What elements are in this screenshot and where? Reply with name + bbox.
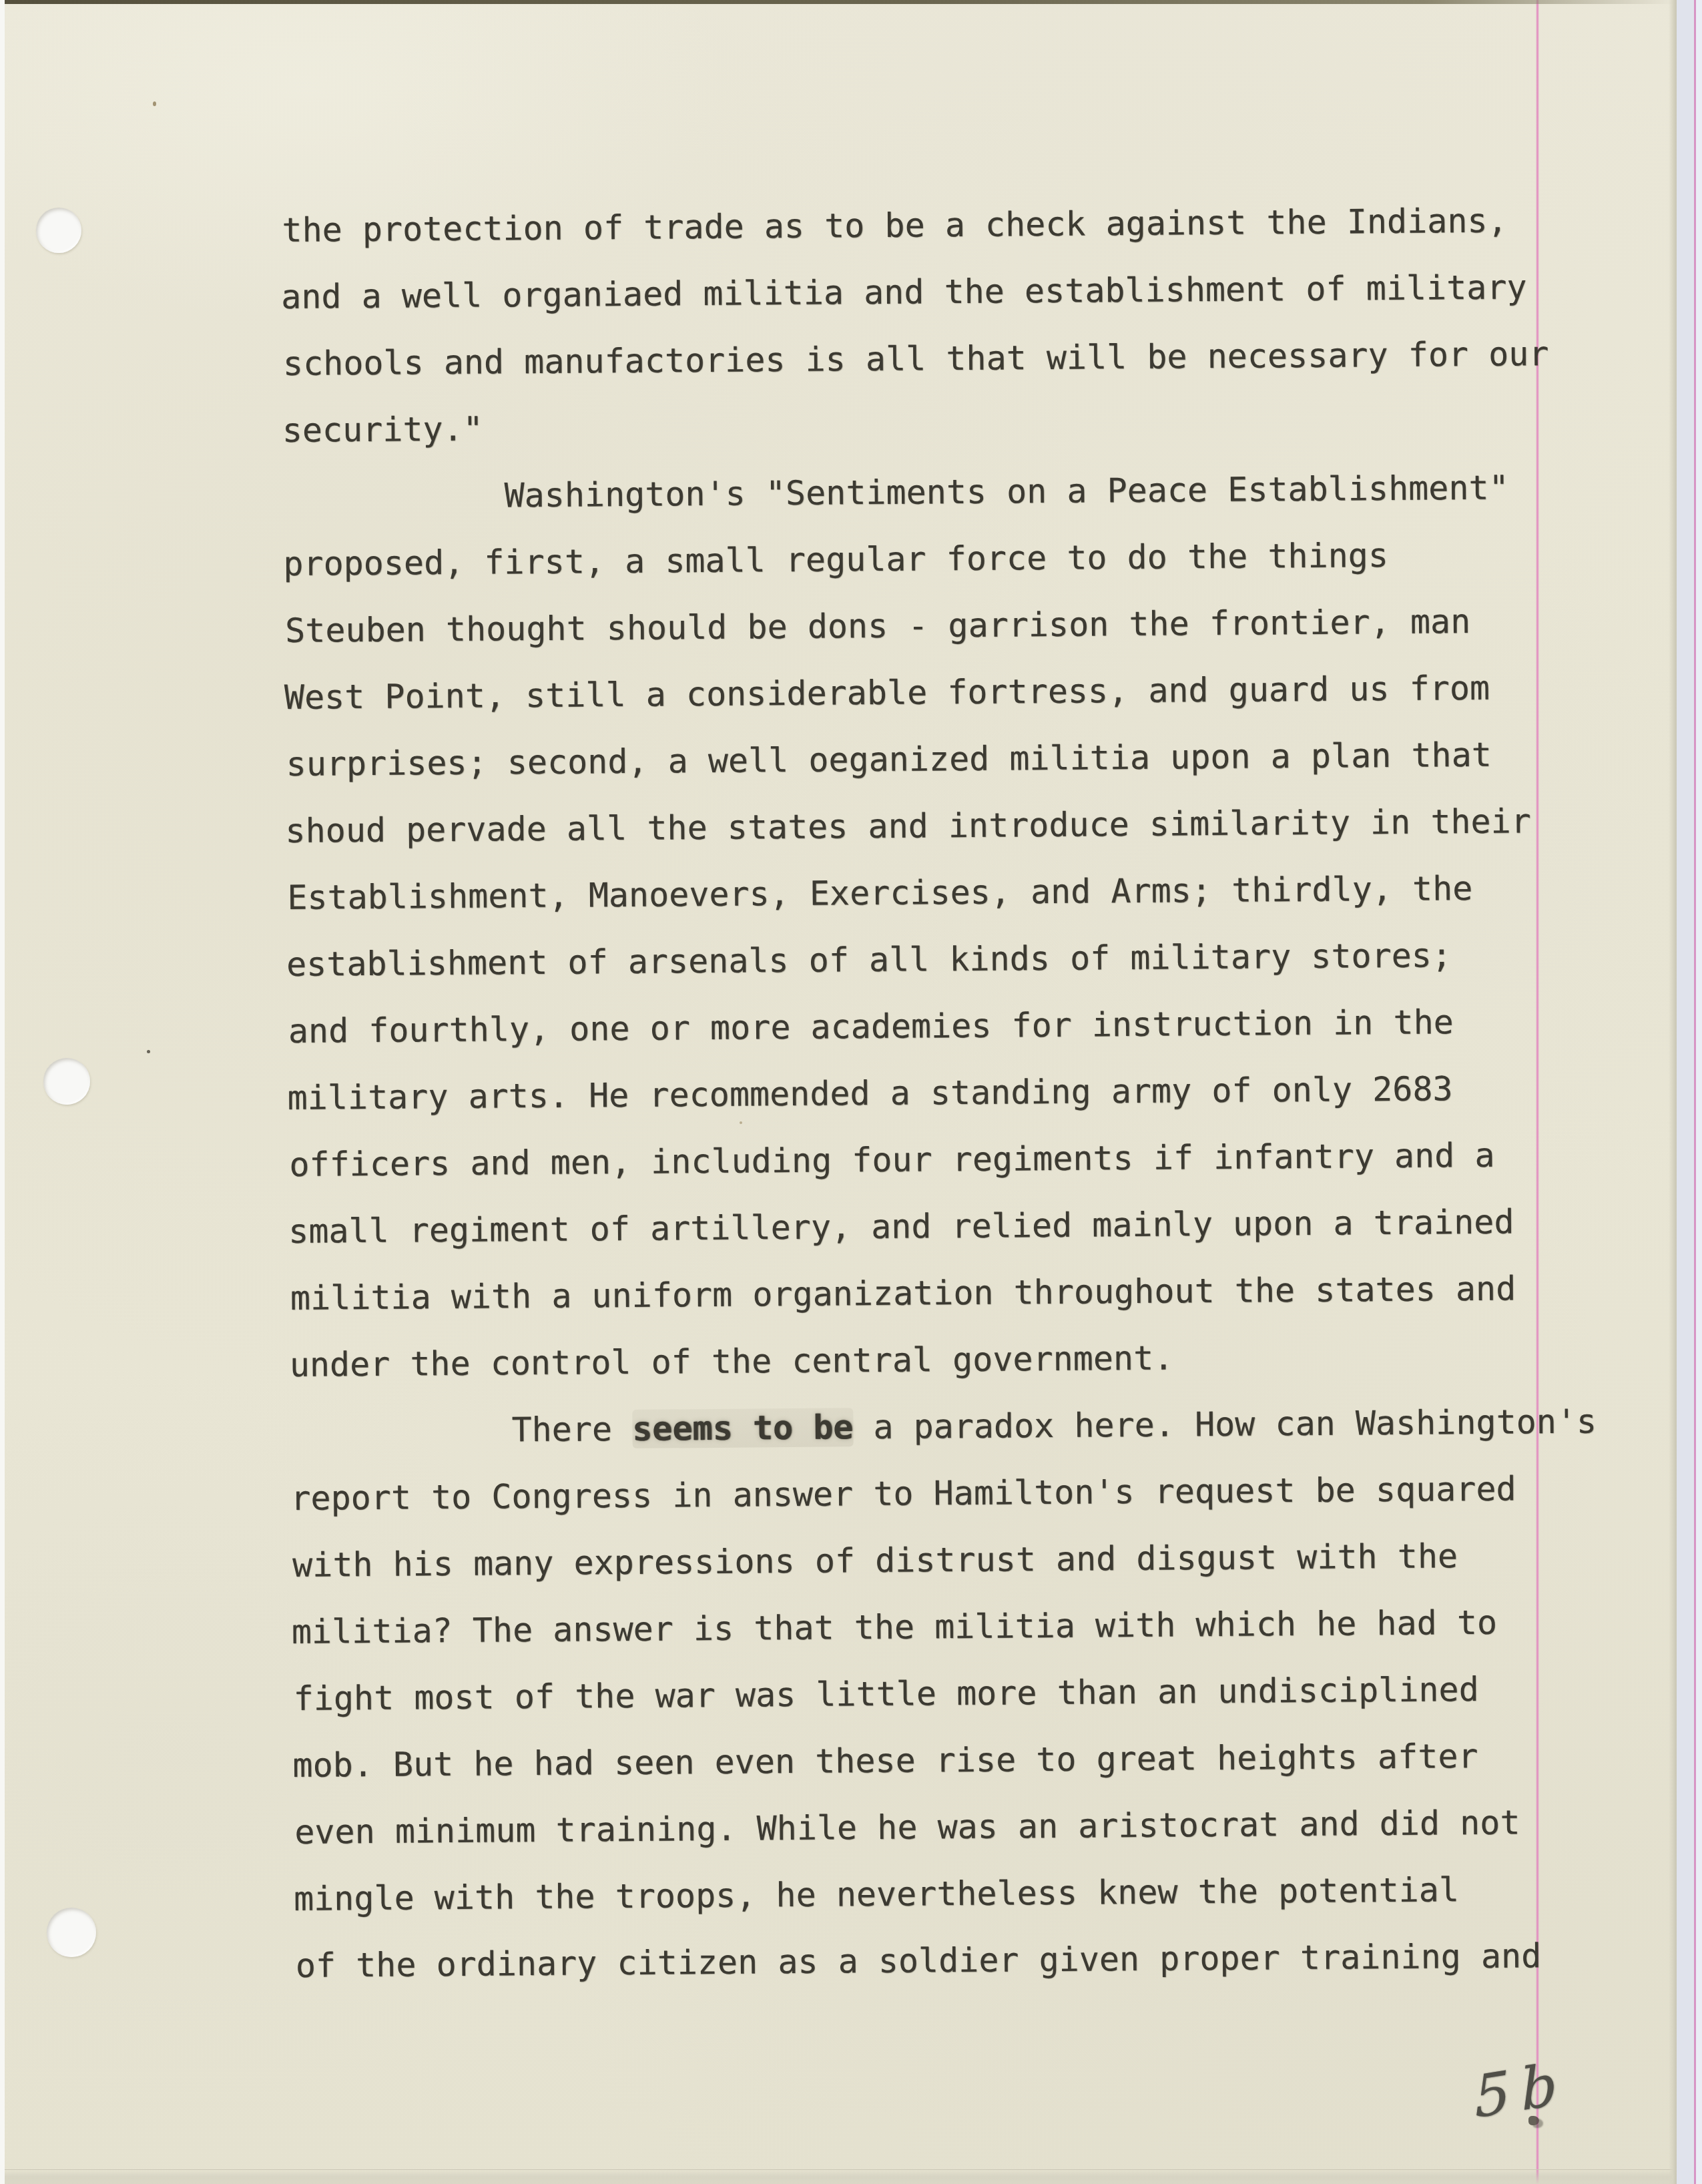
typescript-line: Establishment, Manoevers, Exercises, and…	[287, 854, 1608, 931]
punch-hole	[47, 1908, 96, 1957]
overstruck-text: seems to be	[632, 1408, 854, 1448]
typescript-text-block: the protection of trade as to be a check…	[280, 186, 1616, 1998]
typescript-line: small regiment of artillery, and relied …	[288, 1187, 1611, 1265]
typescript-line: under the control of the central governm…	[289, 1321, 1611, 1398]
typescript-line: establishment of arsenals of all kinds o…	[286, 920, 1609, 998]
typescript-line: the protection of trade as to be a check…	[282, 186, 1603, 264]
typescript-line: proposed, first, a small regular force t…	[283, 520, 1605, 597]
typescript-line: militia with a uniform organization thro…	[290, 1254, 1611, 1332]
typescript-line: officers and men, including four regimen…	[289, 1121, 1610, 1198]
paper-speck	[147, 1050, 150, 1053]
scan-bottom-edge-shadow	[0, 2169, 1702, 2184]
typescript-line: with his many expressions of distrust an…	[292, 1521, 1613, 1599]
typescript-line: of the ordinary citizen as a soldier giv…	[295, 1922, 1616, 1999]
typescript-line: mingle with the troops, he nevertheless …	[294, 1855, 1616, 1932]
typescript-line: report to Congress in answer to Hamilton…	[290, 1454, 1613, 1532]
scanned-typescript-page: { "colors": { "paper": "#e9e6d5", "ink":…	[0, 0, 1702, 2184]
typescript-line-paragraph-start: There seems to be a paradox here. How ca…	[291, 1388, 1612, 1465]
punch-hole	[43, 1058, 90, 1105]
typescript-line: West Point, still a considerable fortres…	[284, 653, 1606, 731]
typescript-line: Steuben thought should be dons - garriso…	[285, 587, 1606, 664]
typescript-line: mob. But he had seen even these rise to …	[292, 1721, 1615, 1799]
typescript-line-segment: a paradox here. How can Washington's	[853, 1402, 1597, 1447]
scan-left-edge	[0, 0, 5, 2184]
typescript-line: fight most of the war was little more th…	[293, 1655, 1614, 1732]
typescript-line: surprises; second, a well oeganized mili…	[286, 720, 1607, 798]
typescript-line: and a well organiaed militia and the est…	[281, 253, 1603, 330]
typescript-line: military arts. He recommended a standing…	[287, 1054, 1609, 1131]
paper-speck	[153, 101, 156, 106]
scan-top-edge-shadow	[0, 0, 1677, 4]
typescript-line: security."	[282, 386, 1604, 464]
typescript-line-segment: There	[511, 1410, 632, 1449]
typescript-line-paragraph-start: Washington's "Sentiments on a Peace Esta…	[284, 453, 1605, 531]
typescript-line: schools and manufactories is all that wi…	[283, 320, 1604, 397]
typescript-line: militia? The answer is that the militia …	[291, 1588, 1613, 1665]
typescript-line: shoud pervade all the states and introdu…	[285, 787, 1607, 864]
scanner-strip-highlight	[1696, 0, 1702, 2184]
scanner-background-strip	[1677, 0, 1702, 2184]
paper-right-edge-shadow	[1669, 0, 1677, 2184]
typescript-line: and fourthly, one or more academies for …	[288, 987, 1609, 1065]
ink-blot	[1528, 2116, 1539, 2125]
typescript-line: even minimum training. While he was an a…	[294, 1788, 1615, 1866]
punch-hole	[36, 208, 81, 253]
paper-speck	[740, 1121, 742, 1124]
